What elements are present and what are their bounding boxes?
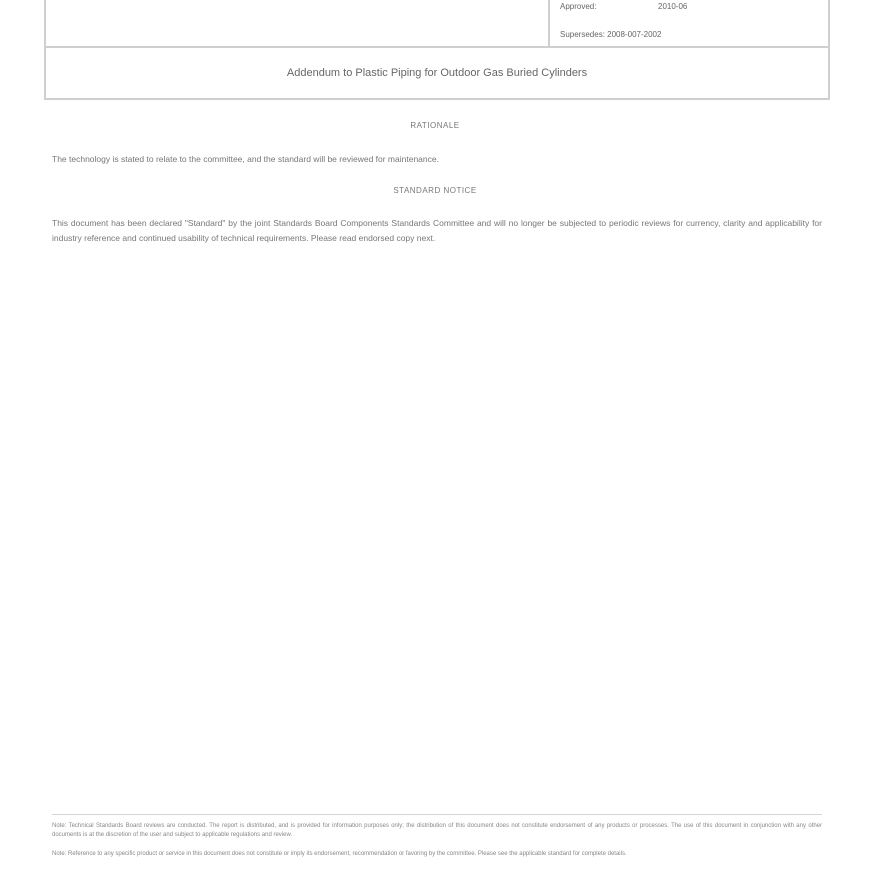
meta-blank	[560, 16, 658, 25]
standard-header-title: STANDARD	[364, 0, 466, 2]
footnote-1: Note: Technical Standards Board reviews …	[52, 822, 822, 840]
section-heading-rationale: RATIONALE	[0, 121, 870, 130]
section-heading-notice: STANDARD NOTICE	[0, 186, 870, 195]
document-title-box: Addendum to Plastic Piping for Outdoor G…	[44, 46, 830, 100]
footer-divider	[52, 814, 822, 815]
section-body-rationale: The technology is stated to relate to th…	[52, 152, 822, 167]
section-body-notice: This document has been declared "Standar…	[52, 216, 822, 246]
document-meta: Approved:2010-06 Supersedes: 2008-007-20…	[548, 0, 830, 48]
meta-approved: Approved:2010-06	[560, 2, 687, 11]
document-title: Addendum to Plastic Piping for Outdoor G…	[287, 67, 587, 79]
meta-supersedes: Supersedes: 2008-007-2002	[560, 30, 661, 39]
footnote-2: Note: Reference to any specific product …	[52, 850, 822, 859]
